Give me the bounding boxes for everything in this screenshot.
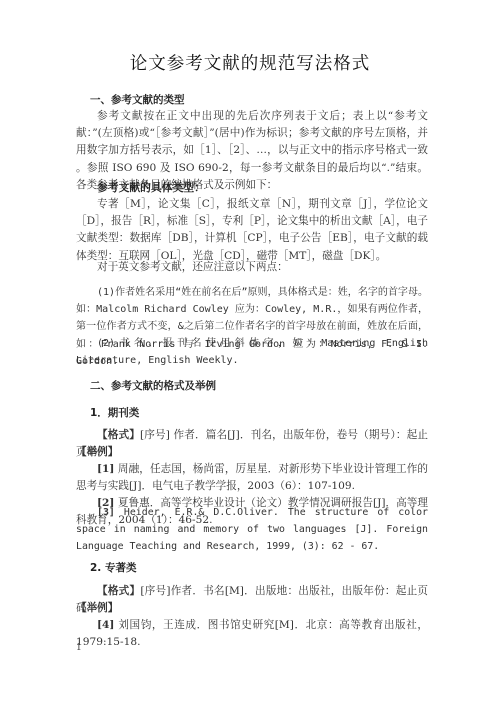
- section2-heading: 二、参考文献的格式及举例: [90, 378, 216, 393]
- format-label: 【格式】: [97, 429, 140, 441]
- reference-number: [3]: [97, 507, 115, 518]
- journal-heading: 1．期刊类: [90, 405, 139, 420]
- document-title: 论文参考文献的规范写法格式: [0, 50, 500, 75]
- reference-text: 刘国钧，王连成．图书馆史研究[M]．北京：高等教育出版社，1979:15-18.: [76, 619, 428, 648]
- reference-number: [1]: [97, 463, 114, 475]
- section1-heading: 一、参考文献的类型: [90, 92, 185, 107]
- monograph-heading: 2. 专著类: [90, 560, 136, 575]
- english-intro: 对于英文参考文献，还应注意以下两点：: [76, 259, 428, 276]
- types-label: 参考文献的具体类型：: [97, 180, 205, 195]
- reference-item: [4] 刘国钧，王连成．图书馆史研究[M]．北京：高等教育出版社，1979:15…: [76, 617, 428, 651]
- reference-text: 周融，任志国，杨尚雷，厉星星．对新形势下毕业设计管理工作的思考与实践[J]．电气…: [76, 463, 428, 492]
- page-number: 1: [76, 643, 82, 653]
- reference-item: [3] Heider, E.R.& D.C.Oliver. The struct…: [76, 504, 428, 556]
- english-point-2: (2)书名、报刊名使用斜体字，如：Mastering English Liter…: [76, 335, 428, 369]
- example-label: 【举例】: [76, 602, 118, 614]
- journal-example-label: 【举例】: [76, 444, 428, 461]
- example-label: 【举例】: [76, 446, 118, 458]
- reference-text: Heider, E.R.& D.C.Oliver. The structure …: [76, 507, 428, 552]
- types-text: 专著［M］，论文集［C］，报纸文章［N］，期刊文章［J］，学位论文［D］，报告［…: [76, 196, 428, 265]
- document-page: 论文参考文献的规范写法格式 一、参考文献的类型 参考文献按在正文中出现的先后次序…: [0, 0, 500, 707]
- monograph-example-label: 【举例】: [76, 600, 428, 617]
- reference-number: [4]: [97, 619, 114, 631]
- reference-item: [1] 周融，任志国，杨尚雷，厉星星．对新形势下毕业设计管理工作的思考与实践[J…: [76, 461, 428, 495]
- format-label: 【格式】: [97, 585, 140, 597]
